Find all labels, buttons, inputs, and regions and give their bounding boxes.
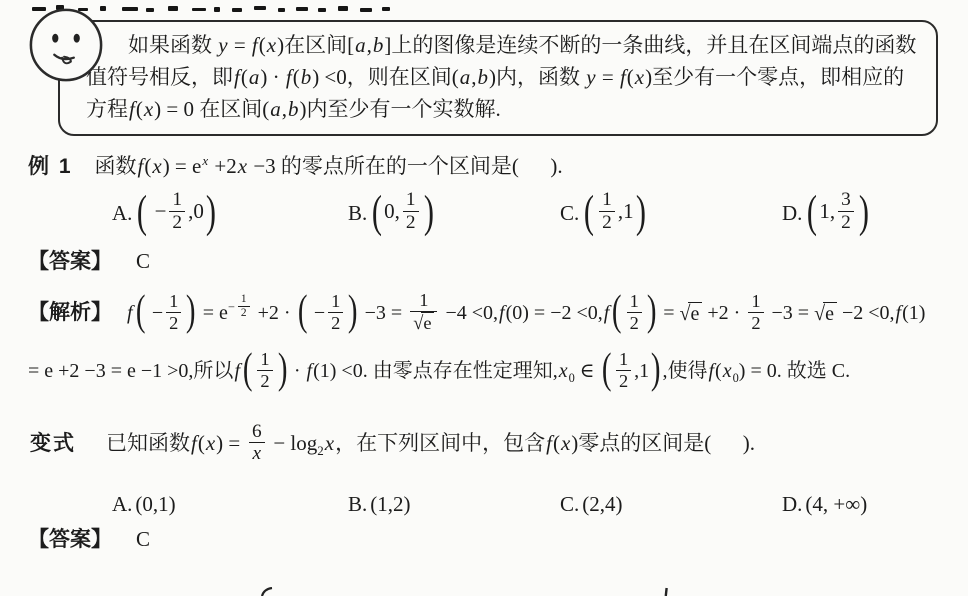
variation-option-d-label: D. [782, 492, 802, 517]
smiley-face-icon [27, 6, 105, 84]
note-box-wrapper: 如果函数 y = f(x)在区间[a,b]上的图像是连续不断的一条曲线，并且在区… [58, 20, 938, 136]
example-1-question: 函数f(x) = ex +2x −3 的零点所在的一个区间是( ). [95, 154, 563, 178]
example-1-analysis: 【解析】f( −12) = e−12 +2 · ( −12) −3 = 1√e … [28, 279, 940, 407]
option-a: A. ( −12,0) [112, 191, 348, 235]
analysis-content: f( −12) = e−12 +2 · ( −12) −3 = 1√e −4 <… [28, 302, 925, 382]
option-d-label: D. [782, 201, 802, 226]
option-b-label: B. [348, 201, 367, 226]
variation-option-a-value: (0,1) [135, 492, 175, 517]
variation-answer-label: 【答案】 [28, 528, 112, 551]
variation-option-a: A. (0,1) [112, 492, 348, 517]
variation-label: 变式 [30, 432, 76, 455]
variation-question: 已知函数f(x) = 6x − log2x，在下列区间中，包含f(x)零点的区间… [106, 431, 755, 455]
option-c-value: (12,1) [582, 191, 647, 235]
option-c-label: C. [560, 201, 579, 226]
textbook-page: 如果函数 y = f(x)在区间[a,b]上的图像是连续不断的一条曲线，并且在区… [0, 0, 968, 596]
variation-option-c-value: (2,4) [582, 492, 622, 517]
example-1-label: 例 1 [28, 155, 73, 178]
variation-option-d: D. (4, +∞) [782, 492, 867, 517]
analysis-label: 【解析】 [28, 301, 112, 324]
note-box: 如果函数 y = f(x)在区间[a,b]上的图像是连续不断的一条曲线，并且在区… [58, 20, 938, 136]
answer-label: 【答案】 [28, 250, 112, 273]
variation-option-b-label: B. [348, 492, 367, 517]
variation-option-d-value: (4, +∞) [805, 492, 867, 517]
option-b-value: (0,12) [370, 191, 435, 235]
answer-value: C [136, 249, 150, 273]
note-text: 如果函数 y = f(x)在区间[a,b]上的图像是连续不断的一条曲线，并且在区… [86, 33, 916, 121]
variation-option-a-label: A. [112, 492, 132, 517]
option-d: D. (1,32) [782, 191, 871, 235]
option-a-label: A. [112, 201, 132, 226]
example-1-answer-line: 【答案】C [28, 247, 968, 276]
option-b: B. (0,12) [348, 191, 560, 235]
example-1-line: 例 1函数f(x) = ex +2x −3 的零点所在的一个区间是( ). [28, 146, 938, 182]
variation-answer-line: 【答案】C [28, 525, 968, 554]
variation-answer-value: C [136, 527, 150, 551]
variation-option-c: C. (2,4) [560, 492, 782, 517]
cropped-text-bottom [0, 587, 968, 596]
option-c: C. (12,1) [560, 191, 782, 235]
example-1-options: A. ( −12,0) B. (0,12) C. (12,1) D. (1,32… [112, 184, 968, 242]
option-d-value: (1,32) [805, 191, 870, 235]
option-a-value: ( −12,0) [135, 191, 217, 235]
variation-option-b: B. (1,2) [348, 492, 560, 517]
variation-option-c-label: C. [560, 492, 579, 517]
variation-option-b-value: (1,2) [370, 492, 410, 517]
variation-line: 变式已知函数f(x) = 6x − log2x，在下列区间中，包含f(x)零点的… [30, 412, 938, 482]
variation-options: A. (0,1) B. (1,2) C. (2,4) D. (4, +∞) [112, 490, 968, 520]
